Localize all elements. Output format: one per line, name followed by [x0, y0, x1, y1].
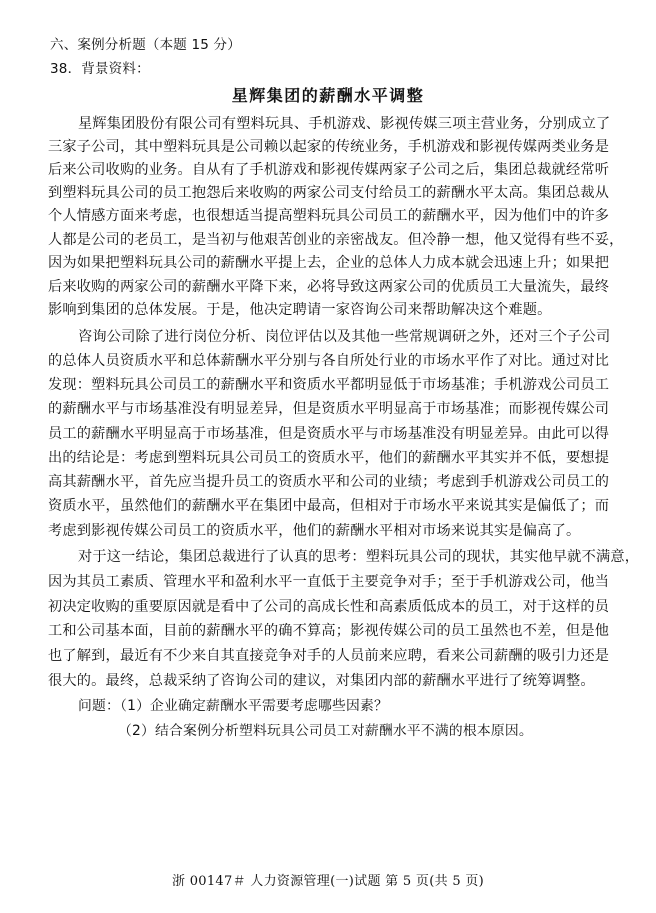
paragraph-line: 的总体人员资质水平和总体薪酬水平分别与各自所处行业的市场水平作了对比。通过对比 [48, 352, 609, 370]
paragraph-line: 工和公司基本面，目前的薪酬水平的确不算高；影视传媒公司的员工虽然也不差，但是他 [48, 622, 609, 640]
paragraph-line: 出的结论是：考虑到塑料玩具公司员工的资质水平，他们的薪酬水平其实并不低，要想提 [48, 449, 609, 467]
question-2: （2）结合案例分析塑料玩具公司员工对薪酬水平不满的根本原因。 [118, 722, 533, 740]
paragraph-line: 个人情感方面来考虑，也很想适当提高塑料玩具公司员工的薪酬水平，因为他们中的许多 [48, 207, 609, 225]
paragraph-line: 到塑料玩具公司的员工抱怨后来收购的两家公司支付给员工的薪酬水平太高。集团总裁从 [48, 184, 609, 202]
paragraph-line: 考虑到影视传媒公司员工的资质水平，他们的薪酬水平相对市场来说其实是偏高了。 [48, 522, 580, 540]
paragraph-line: 的薪酬水平与市场基准没有明显差异，但是资质水平明显高于市场基准；而影视传媒公司 [48, 400, 609, 418]
paragraph-line: 三家子公司，其中塑料玩具是公司赖以起家的传统业务，手机游戏和影视传媒两类业务是 [48, 138, 609, 156]
paragraph-line: 很大的。最终，总裁采纳了咨询公司的建议，对集团内部的薪酬水平进行了统筹调整。 [48, 672, 595, 690]
page-footer: 浙 00147＃ 人力资源管理(一)试题 第 5 页(共 5 页) [0, 873, 656, 891]
case-title: 星辉集团的薪酬水平调整 [0, 87, 656, 105]
paragraph-line: 员工的薪酬水平明显高于市场基准，但是资质水平与市场基准没有明显差异。由此可以得 [48, 425, 609, 443]
paragraph-line: 资质水平，虽然他们的薪酬水平在集团中最高，但相对于市场水平来说其实是偏低了；而 [48, 497, 609, 515]
paragraph-line: 后来收购的两家公司的薪酬水平降下来，必将导致这两家公司的优质员工大量流失，最终 [48, 278, 609, 296]
paragraph-line: 因为如果把塑料玩具公司的薪酬水平提上去，企业的总体人力成本就会迅速上升；如果把 [48, 254, 609, 272]
paragraph-line: 因为其员工素质、管理水平和盈利水平一直低于主要竞争对手；至于手机游戏公司，他当 [48, 573, 609, 591]
paragraph-line: 高其薪酬水平，首先应当提升员工的资质水平和公司的业绩；考虑到手机游戏公司员工的 [48, 473, 609, 491]
paragraph-line: 发现：塑料玩具公司员工的薪酬水平和资质水平都明显低于市场基准；手机游戏公司员工 [48, 376, 609, 394]
paragraph-line: 对于这一结论，集团总裁进行了认真的思考：塑料玩具公司的现状，其实他早就不满意， [78, 548, 639, 566]
paragraph-line: 后来公司收购的业务。自从有了手机游戏和影视传媒两家子公司之后，集团总裁就经常听 [48, 161, 609, 179]
paragraph-line: 咨询公司除了进行岗位分析、岗位评估以及其他一些常规调研之外，还对三个子公司 [78, 328, 610, 346]
paragraph-line: 影响到集团的总体发展。于是，他决定聘请一家咨询公司来帮助解决这个难题。 [48, 301, 552, 319]
section-heading: 六、案例分析题（本题 15 分） [50, 36, 241, 54]
paragraph-line: 星辉集团股份有限公司有塑料玩具、手机游戏、影视传媒三项主营业务，分别成立了 [78, 115, 610, 133]
paragraph-line: 也了解到，最近有不少来自其直接竞争对手的人员前来应聘，看来公司薪酬的吸引力还是 [48, 647, 609, 665]
paragraph-line: 人都是公司的老员工，是当初与他艰苦创业的亲密战友。但冷静一想，他又觉得有些不妥， [48, 231, 624, 249]
question-number: 38．背景资料： [50, 60, 150, 78]
paragraph-line: 初决定收购的重要原因就是看中了公司的高成长性和高素质低成本的员工，对于这样的员 [48, 598, 609, 616]
question-1: 问题：（1）企业确定薪酬水平需要考虑哪些因素？ [78, 697, 388, 715]
